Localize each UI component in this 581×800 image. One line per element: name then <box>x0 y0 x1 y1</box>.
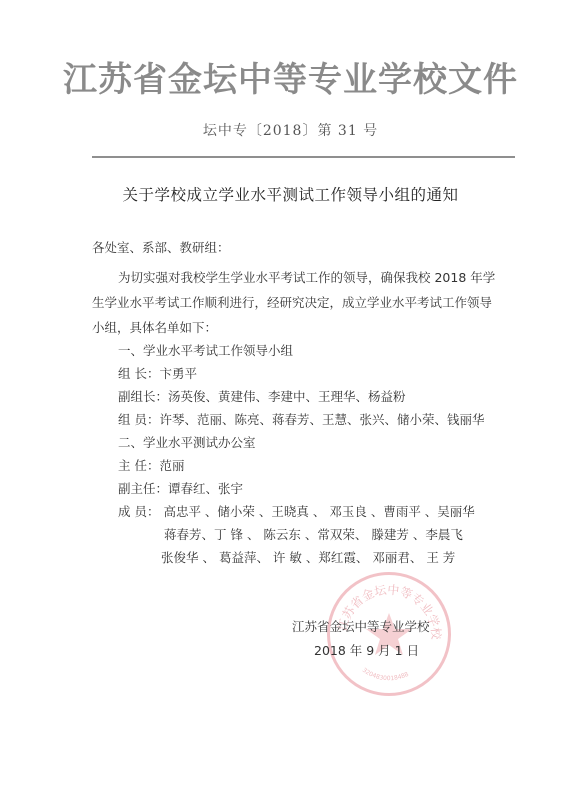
section2-members-line-3: 张俊华 、 葛益萍、 许 敏 、郑红霞、 邓丽君、 王 芳 <box>161 548 455 566</box>
section2-director: 主 任：范丽 <box>118 456 184 474</box>
signature-organization: 江苏省金坛中等专业学校 <box>292 617 430 635</box>
section2-heading: 二、学业水平测试办公室 <box>118 433 256 451</box>
intro-line-3: 小组，具体名单如下： <box>92 318 217 336</box>
signature-date: 2018 年 9 月 1 日 <box>314 641 419 659</box>
intro-line-1: 为切实强对我校学生学业水平考试工作的领导，确保我校 2018 年学 <box>118 268 495 286</box>
section2-members-line-1: 成 员： 高忠平 、储小荣 、王晓真 、 邓玉良 、曹雨平 、吴丽华 <box>118 502 475 520</box>
document-header-title: 江苏省金坛中等专业学校文件 <box>0 58 581 102</box>
section2-members-line-2: 蒋春芳、丁 锋 、 陈云东 、常双荣、 滕建芳 、李晨飞 <box>164 525 463 543</box>
notice-title: 关于学校成立学业水平测试工作领导小组的通知 <box>0 183 581 205</box>
section1-leader: 组 长：卞勇平 <box>118 364 197 382</box>
section1-heading: 一、学业水平考试工作领导小组 <box>118 341 293 359</box>
svg-text:3204830018488: 3204830018488 <box>361 667 410 682</box>
section1-deputy: 副组长：汤英俊、黄建伟、李建中、王理华、杨益粉 <box>118 387 406 405</box>
intro-line-2: 生学业水平考试工作顺利进行，经研究决定，成立学业水平考试工作领导 <box>92 293 492 311</box>
header-divider <box>92 156 515 158</box>
section2-deputy-director: 副主任：谭春红、张宇 <box>118 479 243 497</box>
seal-code: 3204830018488 <box>361 667 410 682</box>
salutation: 各处室、系部、教研组： <box>92 238 230 256</box>
document-number: 坛中专〔2018〕第 31 号 <box>0 120 581 140</box>
section1-members: 组 员：许琴、范丽、陈亮、蒋春芳、王慧、张兴、储小荣、钱丽华 <box>118 410 484 428</box>
